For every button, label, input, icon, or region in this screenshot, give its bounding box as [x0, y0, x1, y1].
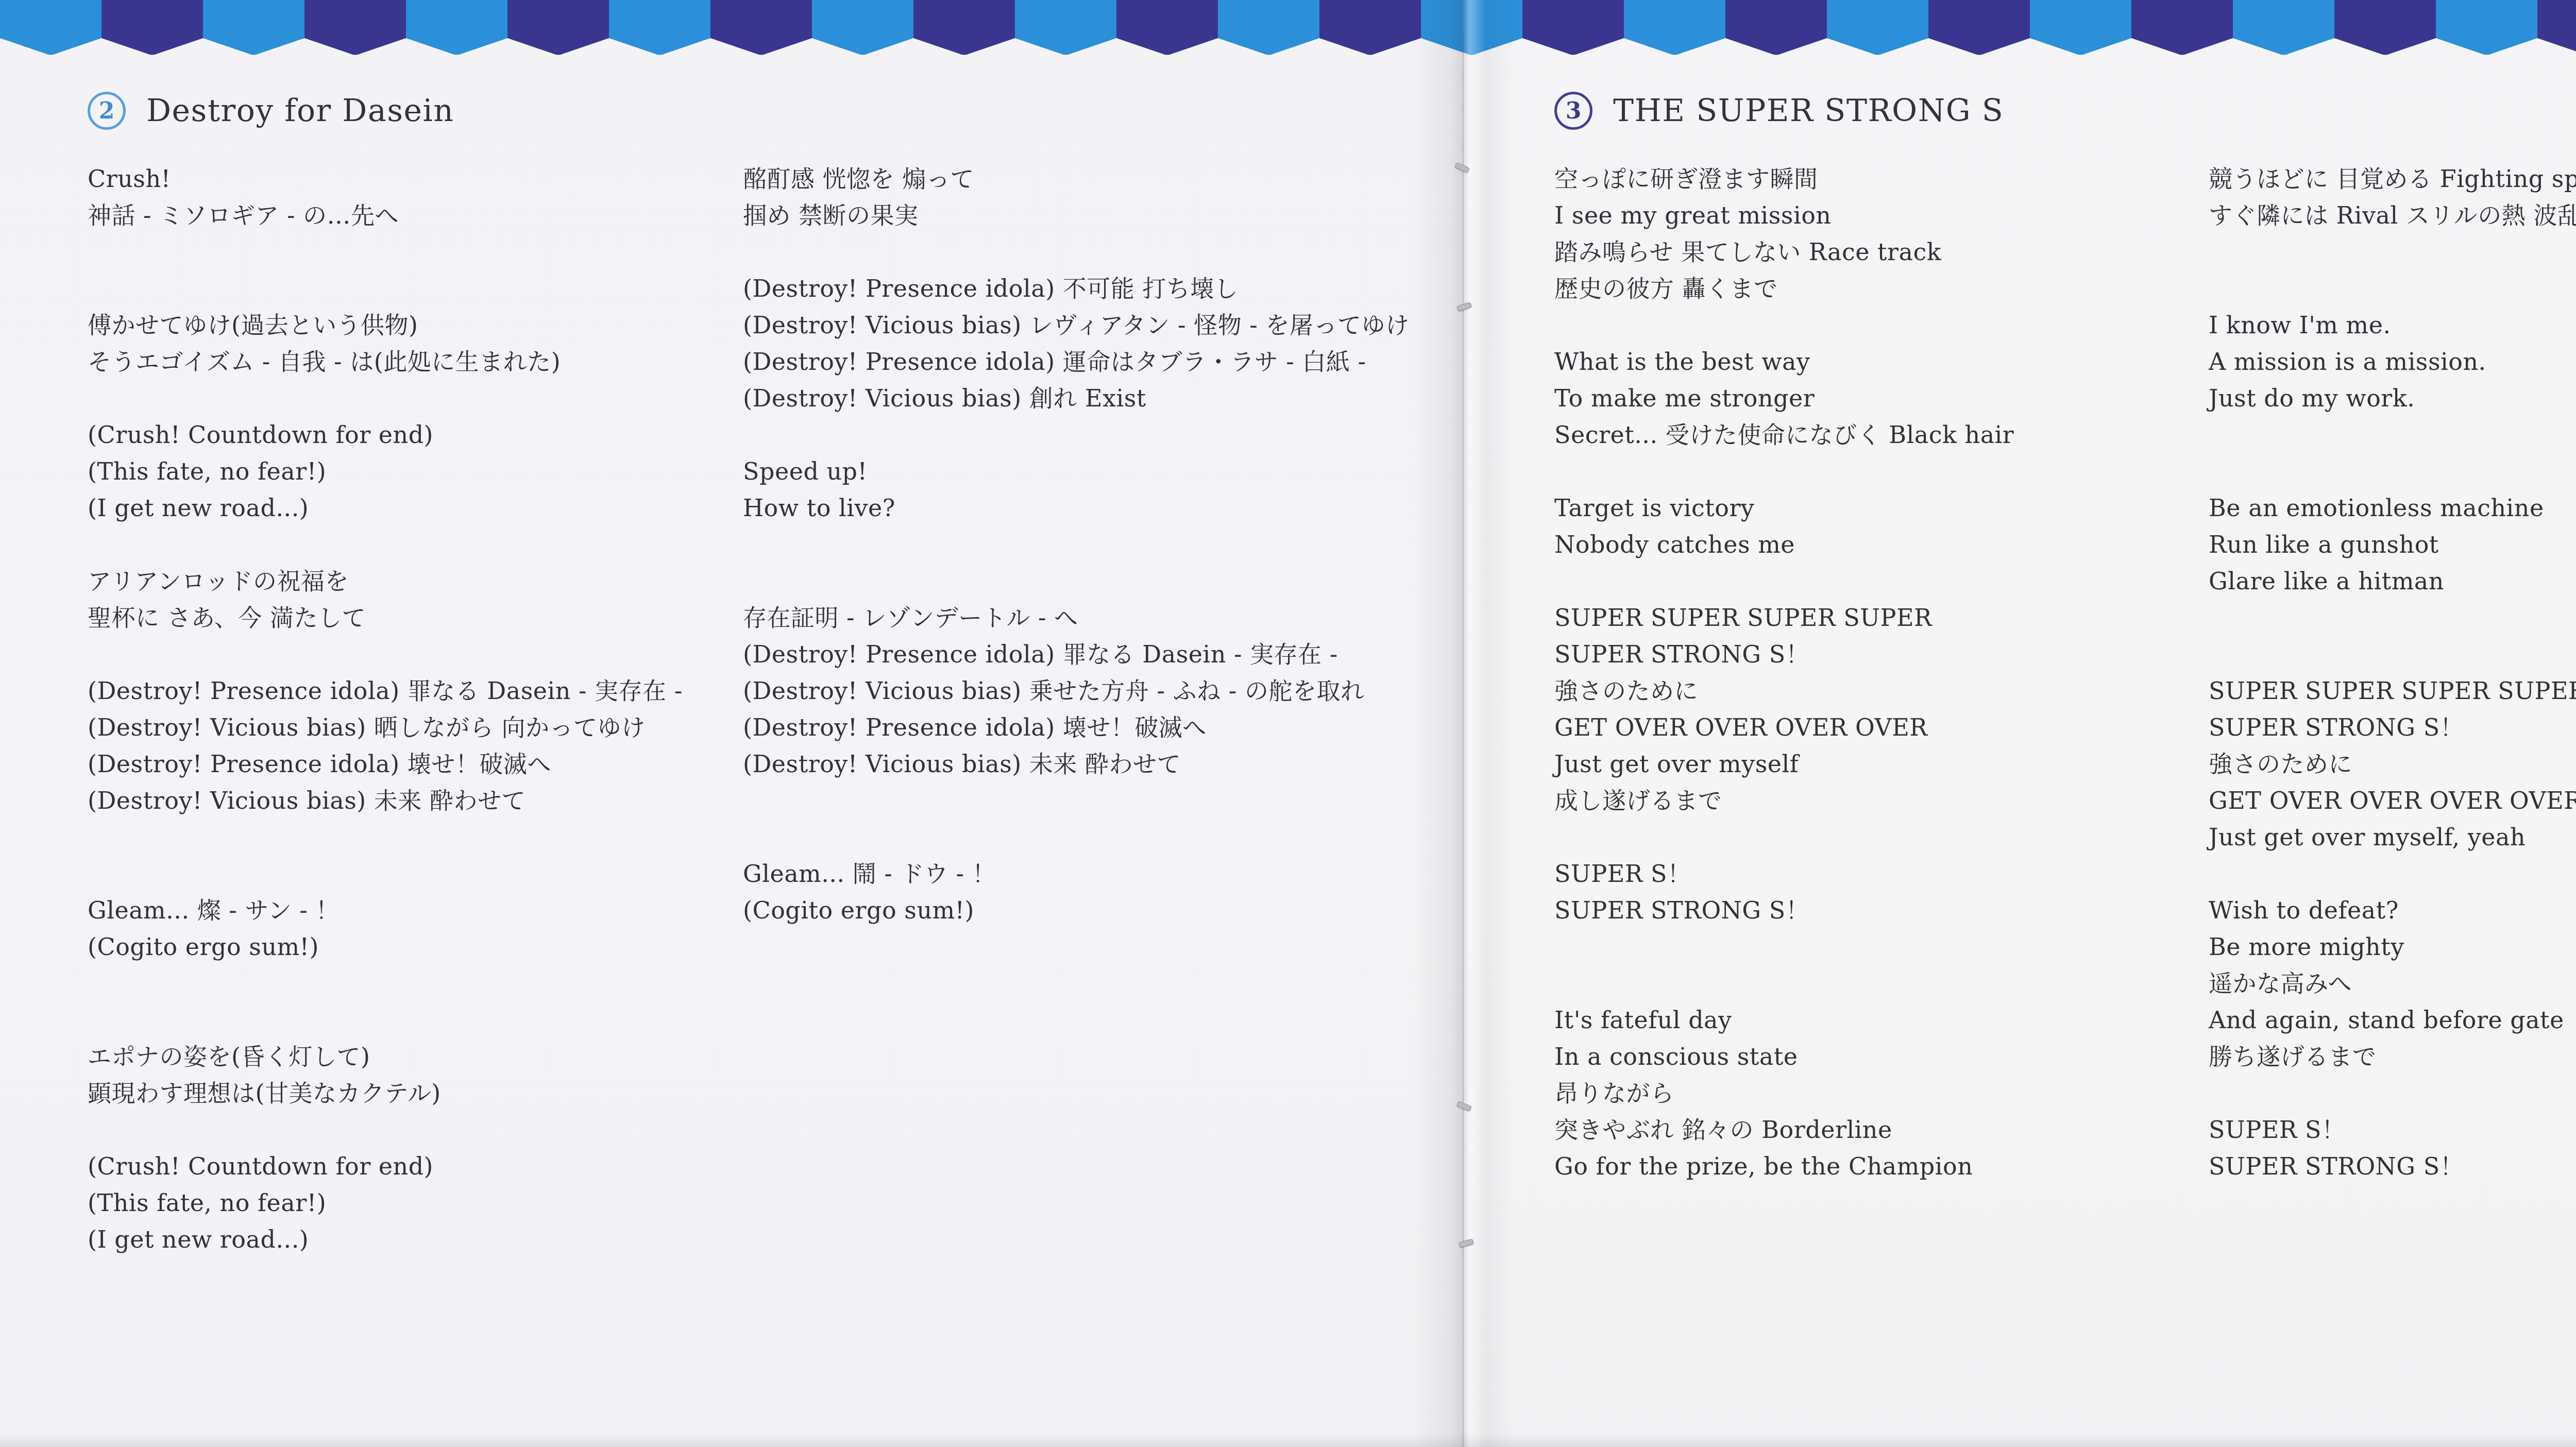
- track2-lyrics-column-2: 酩酊感 恍惚を 煽って 掴め 禁断の果実 (Destroy! Presence …: [743, 161, 1428, 929]
- track3-lyrics-column-2: 競うほどに 目覚める Fighting spirit すぐ隣には Rival ス…: [2209, 161, 2576, 1185]
- track2-number: 2: [99, 98, 115, 124]
- track3-title: THE SUPER STRONG S: [1613, 93, 2004, 129]
- bunting-border-icon: [0, 0, 2576, 68]
- center-fold-crease: [1463, 31, 1464, 1447]
- track2-number-badge: 2: [88, 92, 126, 130]
- track3-lyrics-column-1: 空っぽに研ぎ澄ます瞬間 I see my great mission 踏み鳴らせ…: [1554, 161, 2240, 1185]
- track2-header: 2 Destroy for Dasein: [88, 92, 454, 130]
- track2-title: Destroy for Dasein: [146, 93, 454, 129]
- track3-header: 3 THE SUPER STRONG S: [1554, 92, 2004, 130]
- track3-number-badge: 3: [1554, 92, 1592, 130]
- track3-number: 3: [1566, 98, 1582, 124]
- track2-lyrics-column-1: Crush! 神話 - ミソロギア - の…先へ 傅かせてゆけ(過去という供物)…: [88, 161, 773, 1258]
